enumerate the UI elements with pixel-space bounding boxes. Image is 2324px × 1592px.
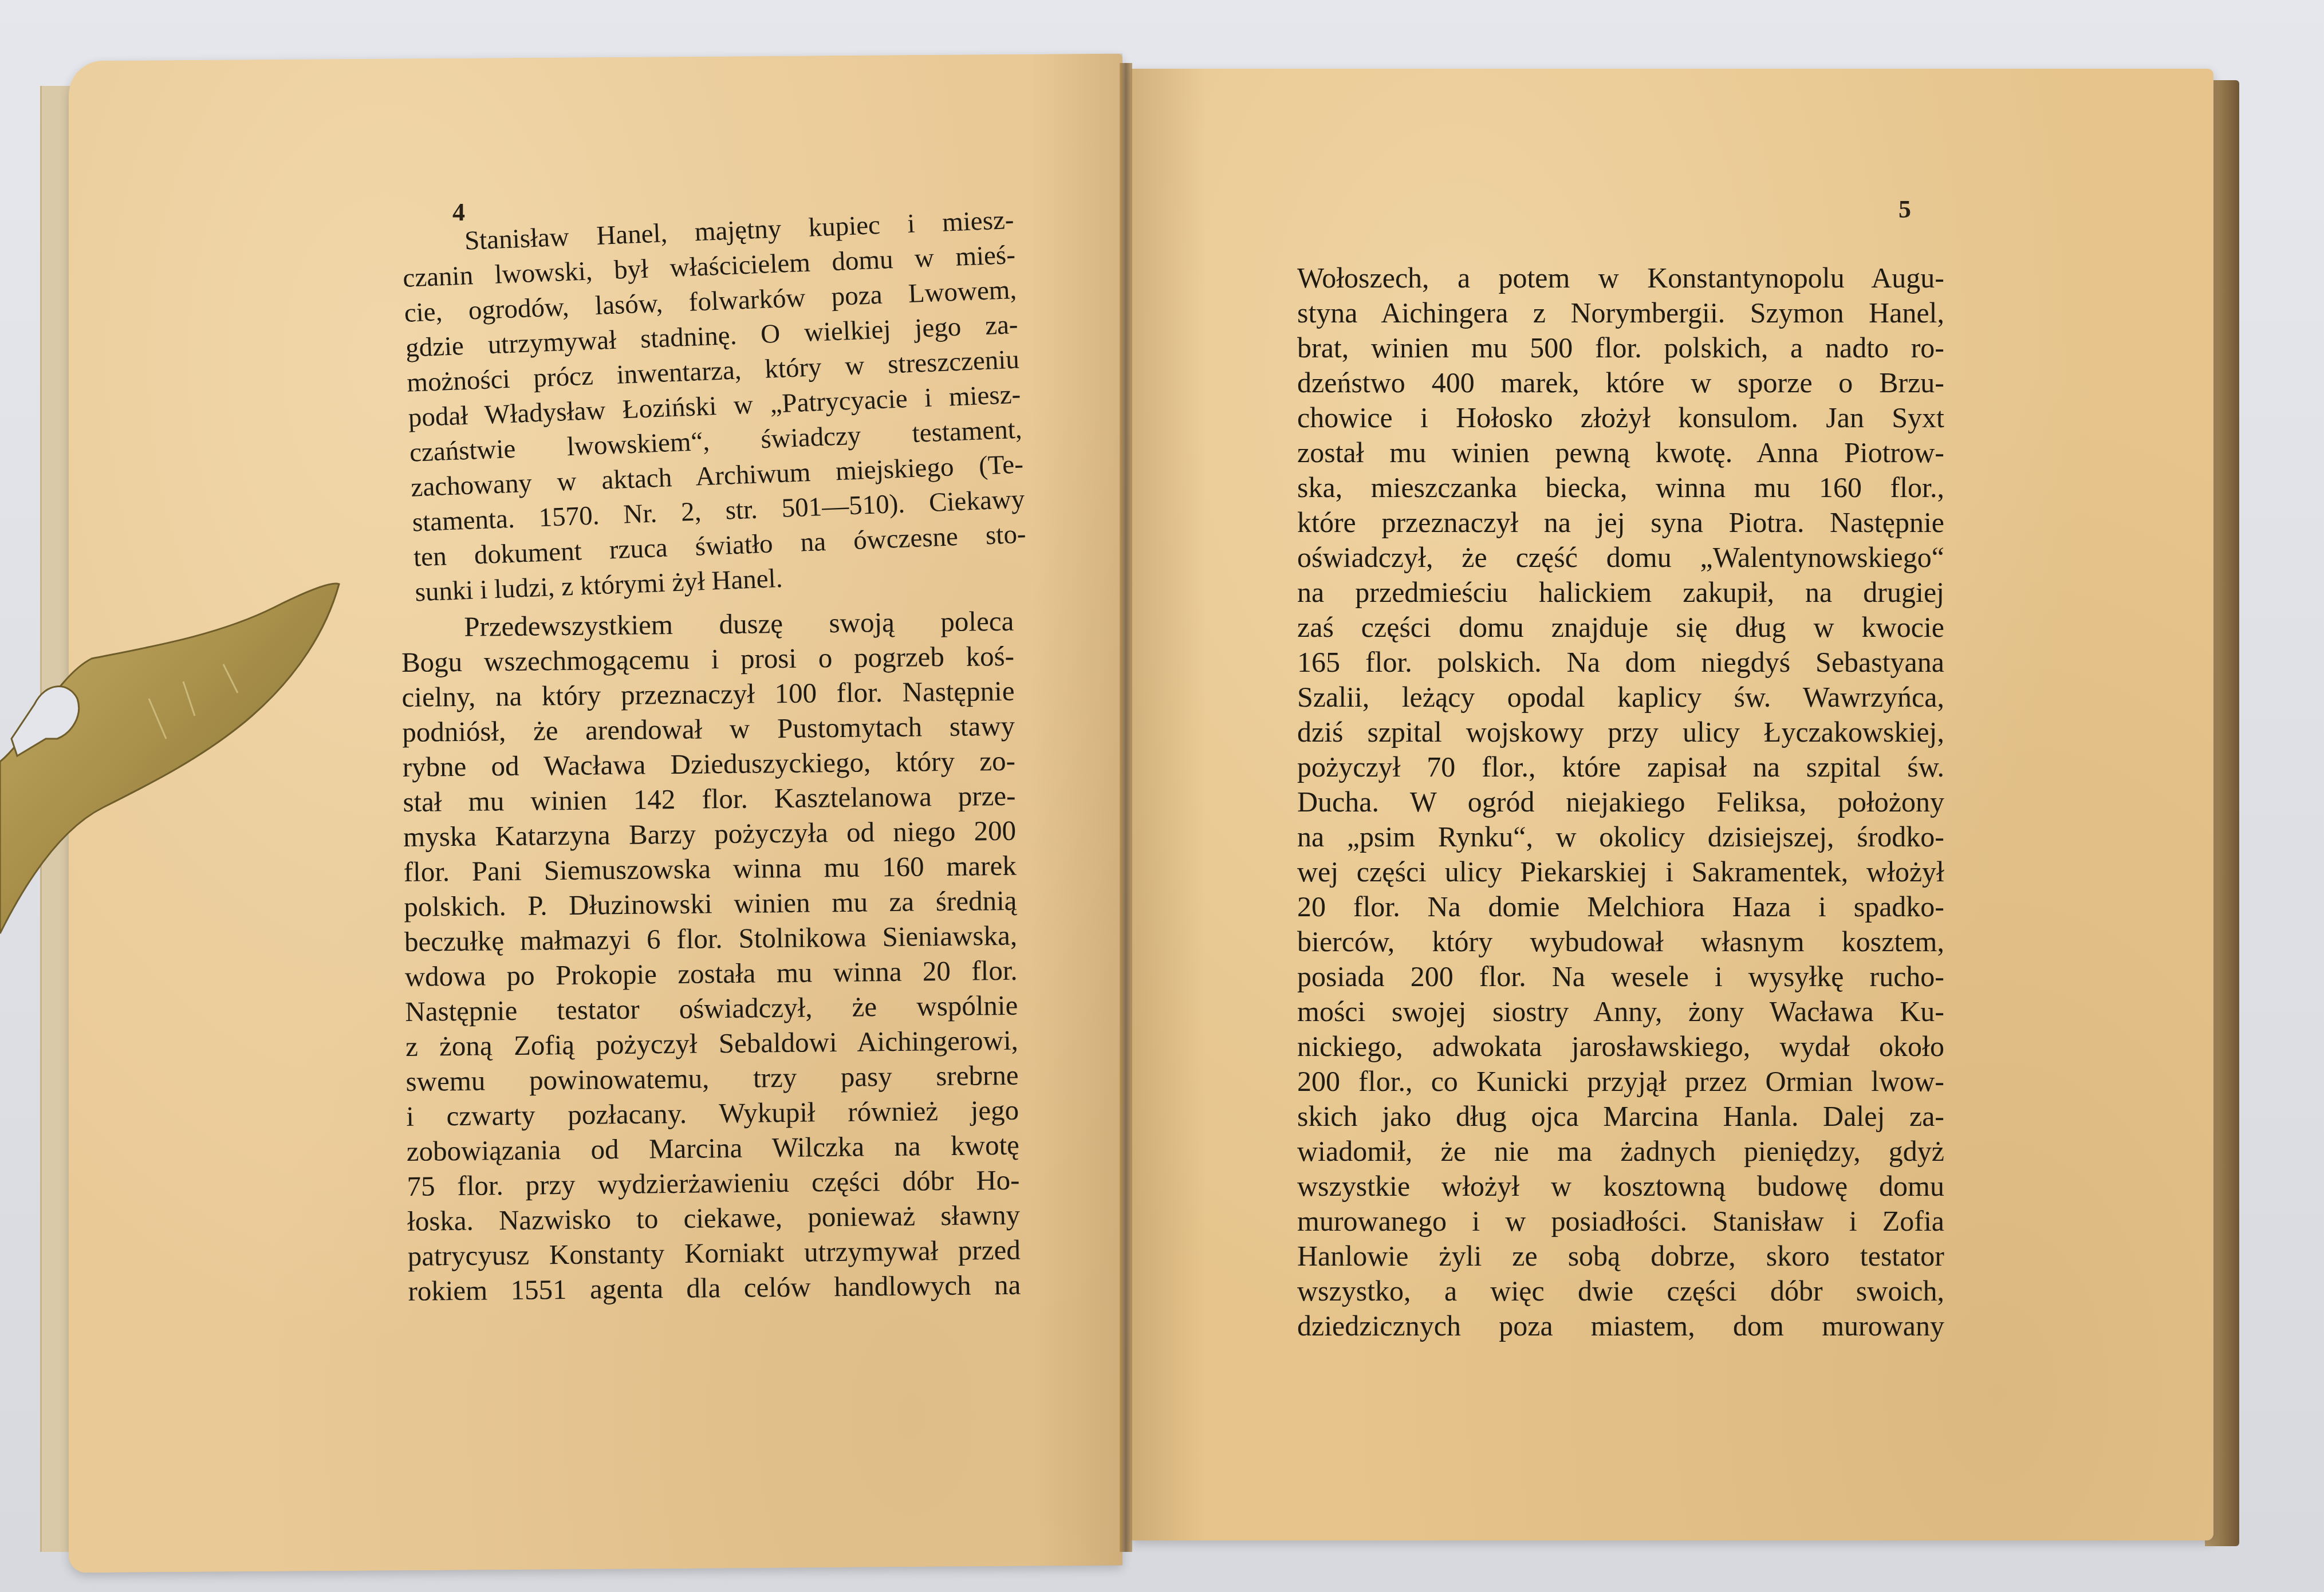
text-line: na „psim Rynku“, w okolicy dzisiejszej, … [1297, 819, 1944, 854]
text-line: Przedewszystkiem duszę swoją poleca [401, 604, 1014, 645]
text-line: oświadczył, że część domu „Walentynowski… [1297, 540, 1944, 575]
text-line: murowanego i w posiadłości. Stanisław i … [1297, 1204, 1944, 1239]
text-line: rybne od Wacława Dzieduszyckiego, który … [403, 743, 1016, 785]
text-line: brat, winien mu 500 flor. polskich, a na… [1297, 330, 1944, 365]
text-line: skich jako dług ojca Marcina Hanla. Dale… [1297, 1099, 1944, 1134]
text-line: stał mu winien 142 flor. Kasztelanowa pr… [403, 778, 1016, 819]
text-line: swemu powinowatemu, trzy pasy srebrne [405, 1058, 1019, 1099]
text-line: 200 flor., co Kunicki przyjął przez Ormi… [1297, 1064, 1944, 1099]
text-line: cielny, na który przeznaczył 100 flor. N… [401, 673, 1015, 715]
left-page-paragraph-2: Przedewszystkiem duszę swoją poleca Bogu… [401, 604, 1021, 1309]
text-line: posiada 200 flor. Na wesele i wysyłkę ru… [1297, 959, 1944, 994]
text-line: Wołoszech, a potem w Konstantynopolu Aug… [1297, 261, 1944, 295]
text-line: wszystko, a więc dwie części dóbr swoich… [1297, 1274, 1944, 1309]
text-line: zobowiązania od Marcina Wilczka na kwotę [407, 1128, 1020, 1169]
text-line: chowice i Hołosko złożył konsulom. Jan S… [1297, 400, 1944, 435]
text-line: pożyczył 70 flor., które zapisał na szpi… [1297, 750, 1944, 785]
text-line: Ducha. W ogród niejakiego Feliksa, położ… [1297, 785, 1944, 819]
text-line: 20 flor. Na domie Melchiora Haza i spadk… [1297, 889, 1944, 924]
text-line: z żoną Zofią pożyczył Sebaldowi Aichinge… [405, 1023, 1019, 1064]
text-line: 75 flor. przy wydzierżawieniu części dób… [407, 1163, 1020, 1204]
text-line: flor. Pani Siemuszowska winna mu 160 mar… [403, 848, 1017, 889]
text-line: wdowa po Prokopie została mu winna 20 fl… [404, 953, 1018, 994]
text-line: ska, mieszczanka biecka, winna mu 160 fl… [1297, 470, 1944, 505]
text-line: patrycyusz Konstanty Korniakt utrzymywał… [407, 1232, 1021, 1274]
book-gutter [1120, 63, 1132, 1552]
text-line: dziedzicznych poza miastem, dom murowany [1297, 1309, 1944, 1343]
text-line: myska Katarzyna Barzy pożyczyła od niego… [403, 813, 1017, 854]
text-line: beczułkę małmazyi 6 flor. Stolnikowa Sie… [404, 918, 1018, 959]
text-line: polskich. P. Dłuzinowski winien mu za śr… [404, 883, 1017, 924]
text-line: które przeznaczył na jej syna Piotra. Na… [1297, 505, 1944, 540]
text-line: Szalii, leżący opodal kaplicy św. Wawrzy… [1297, 680, 1944, 715]
text-line: wiadomił, że nie ma żadnych pieniędzy, g… [1297, 1134, 1944, 1169]
text-line: wej części ulicy Piekarskiej i Sakrament… [1297, 854, 1944, 889]
text-line: podniósł, że arendował w Pustomytach sta… [402, 708, 1015, 750]
text-line: wszystkie włożył w kosztowną budowę domu [1297, 1169, 1944, 1204]
text-line: 165 flor. polskich. Na dom niegdyś Sebas… [1297, 645, 1944, 680]
text-line: dziś szpital wojskowy przy ulicy Łyczako… [1297, 715, 1944, 750]
right-page-number: 5 [1898, 195, 1911, 224]
text-line: bierców, który wybudował własnym kosztem… [1297, 924, 1944, 959]
text-line: łoska. Nazwisko to ciekawe, ponieważ sła… [407, 1197, 1021, 1239]
text-line: został mu winien pewną kwotę. Anna Piotr… [1297, 435, 1944, 470]
text-line: na przedmieściu halickiem zakupił, na dr… [1297, 575, 1944, 610]
left-page-number: 4 [452, 198, 465, 227]
text-line: i czwarty pozłacany. Wykupił również jeg… [406, 1093, 1019, 1134]
text-line: Hanlowie żyli ze sobą dobrze, skoro test… [1297, 1239, 1944, 1274]
right-page-text: Wołoszech, a potem w Konstantynopolu Aug… [1297, 261, 1944, 1343]
brass-letter-opener-icon [0, 567, 378, 968]
text-line: mości swojej siostry Anny, żony Wacława … [1297, 994, 1944, 1029]
text-line: rokiem 1551 agenta dla celów handlowych … [408, 1267, 1021, 1309]
text-line: zaś części domu znajduje się dług w kwoc… [1297, 610, 1944, 645]
text-line: Bogu wszechmogącemu i prosi o pogrzeb ko… [401, 639, 1015, 680]
text-line: styna Aichingera z Norymbergii. Szymon H… [1297, 295, 1944, 330]
left-page-paragraph-1: Stanisław Hanel, majętny kupiec i miesz-… [401, 203, 1028, 610]
text-line: Następnie testator oświadczył, że wspóln… [405, 988, 1018, 1029]
text-line: dzeństwo 400 marek, które w sporze o Brz… [1297, 365, 1944, 400]
text-line: nickiego, adwokata jarosławskiego, wydał… [1297, 1029, 1944, 1064]
